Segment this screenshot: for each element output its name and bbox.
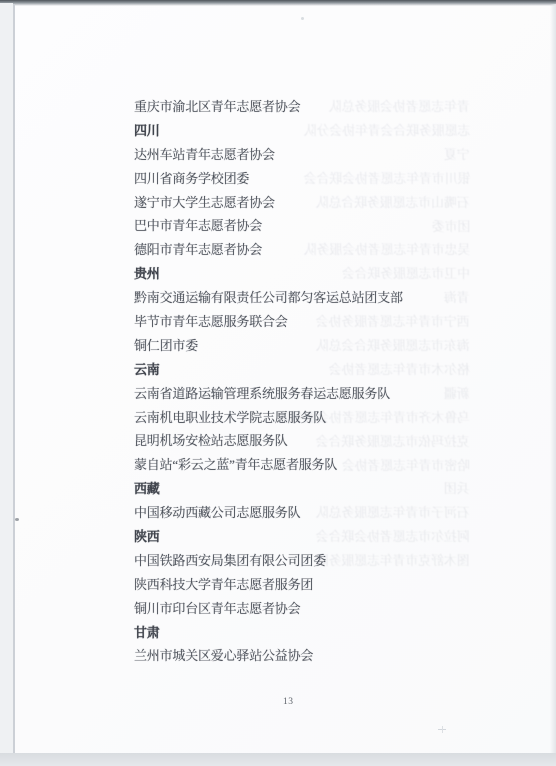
- organization-item: 毕节市青年志愿服务联合会: [134, 310, 403, 334]
- organization-item: 四川省商务学校团委: [134, 167, 403, 191]
- organization-item: 巴中市青年志愿者协会: [134, 214, 403, 238]
- organization-item: 黔南交通运输有限责任公司都匀客运总站团支部: [134, 286, 403, 310]
- scan-left-margin: [0, 3, 13, 766]
- province-header: 甘肃: [134, 621, 403, 645]
- organization-item: 铜川市印台区青年志愿者协会: [134, 597, 403, 621]
- organization-item: 昆明机场安检站志愿服务队: [134, 429, 403, 453]
- organization-item: 中国铁路西安局集团有限公司团委: [134, 549, 403, 573]
- province-header: 西藏: [134, 477, 403, 501]
- scan-bottom-band: [0, 753, 556, 766]
- province-header: 陕西: [134, 525, 403, 549]
- organization-item: 铜仁团市委: [134, 334, 403, 358]
- org-list: 重庆市渝北区青年志愿者协会四川达州车站青年志愿者协会四川省商务学校团委遂宁市大学…: [134, 95, 403, 668]
- scan-plus-mark: [438, 726, 446, 733]
- organization-item: 遂宁市大学生志愿者协会: [134, 191, 403, 215]
- scan-left-edge-line: [13, 4, 15, 762]
- organization-item: 云南省道路运输管理系统服务春运志愿服务队: [134, 382, 403, 406]
- page-number: 13: [283, 697, 294, 707]
- organization-item: 云南机电职业技术学院志愿服务队: [134, 406, 403, 430]
- organization-item: 蒙自站“彩云之蓝”青年志愿者服务队: [134, 453, 403, 477]
- organization-item: 重庆市渝北区青年志愿者协会: [134, 95, 403, 119]
- scan-speck: [301, 17, 304, 20]
- organization-item: 中国移动西藏公司志愿服务队: [134, 501, 403, 525]
- scan-top-edge: [0, 0, 556, 6]
- organization-item: 陕西科技大学青年志愿者服务团: [134, 573, 403, 597]
- scan-speck: [15, 518, 19, 521]
- organization-item: 兰州市城关区爱心驿站公益协会: [134, 644, 403, 668]
- province-header: 云南: [134, 358, 403, 382]
- organization-item: 达州车站青年志愿者协会: [134, 143, 403, 167]
- province-header: 四川: [134, 119, 403, 143]
- scan-right-edge-shade: [550, 4, 556, 764]
- province-header: 贵州: [134, 262, 403, 286]
- organization-item: 德阳市青年志愿者协会: [134, 238, 403, 262]
